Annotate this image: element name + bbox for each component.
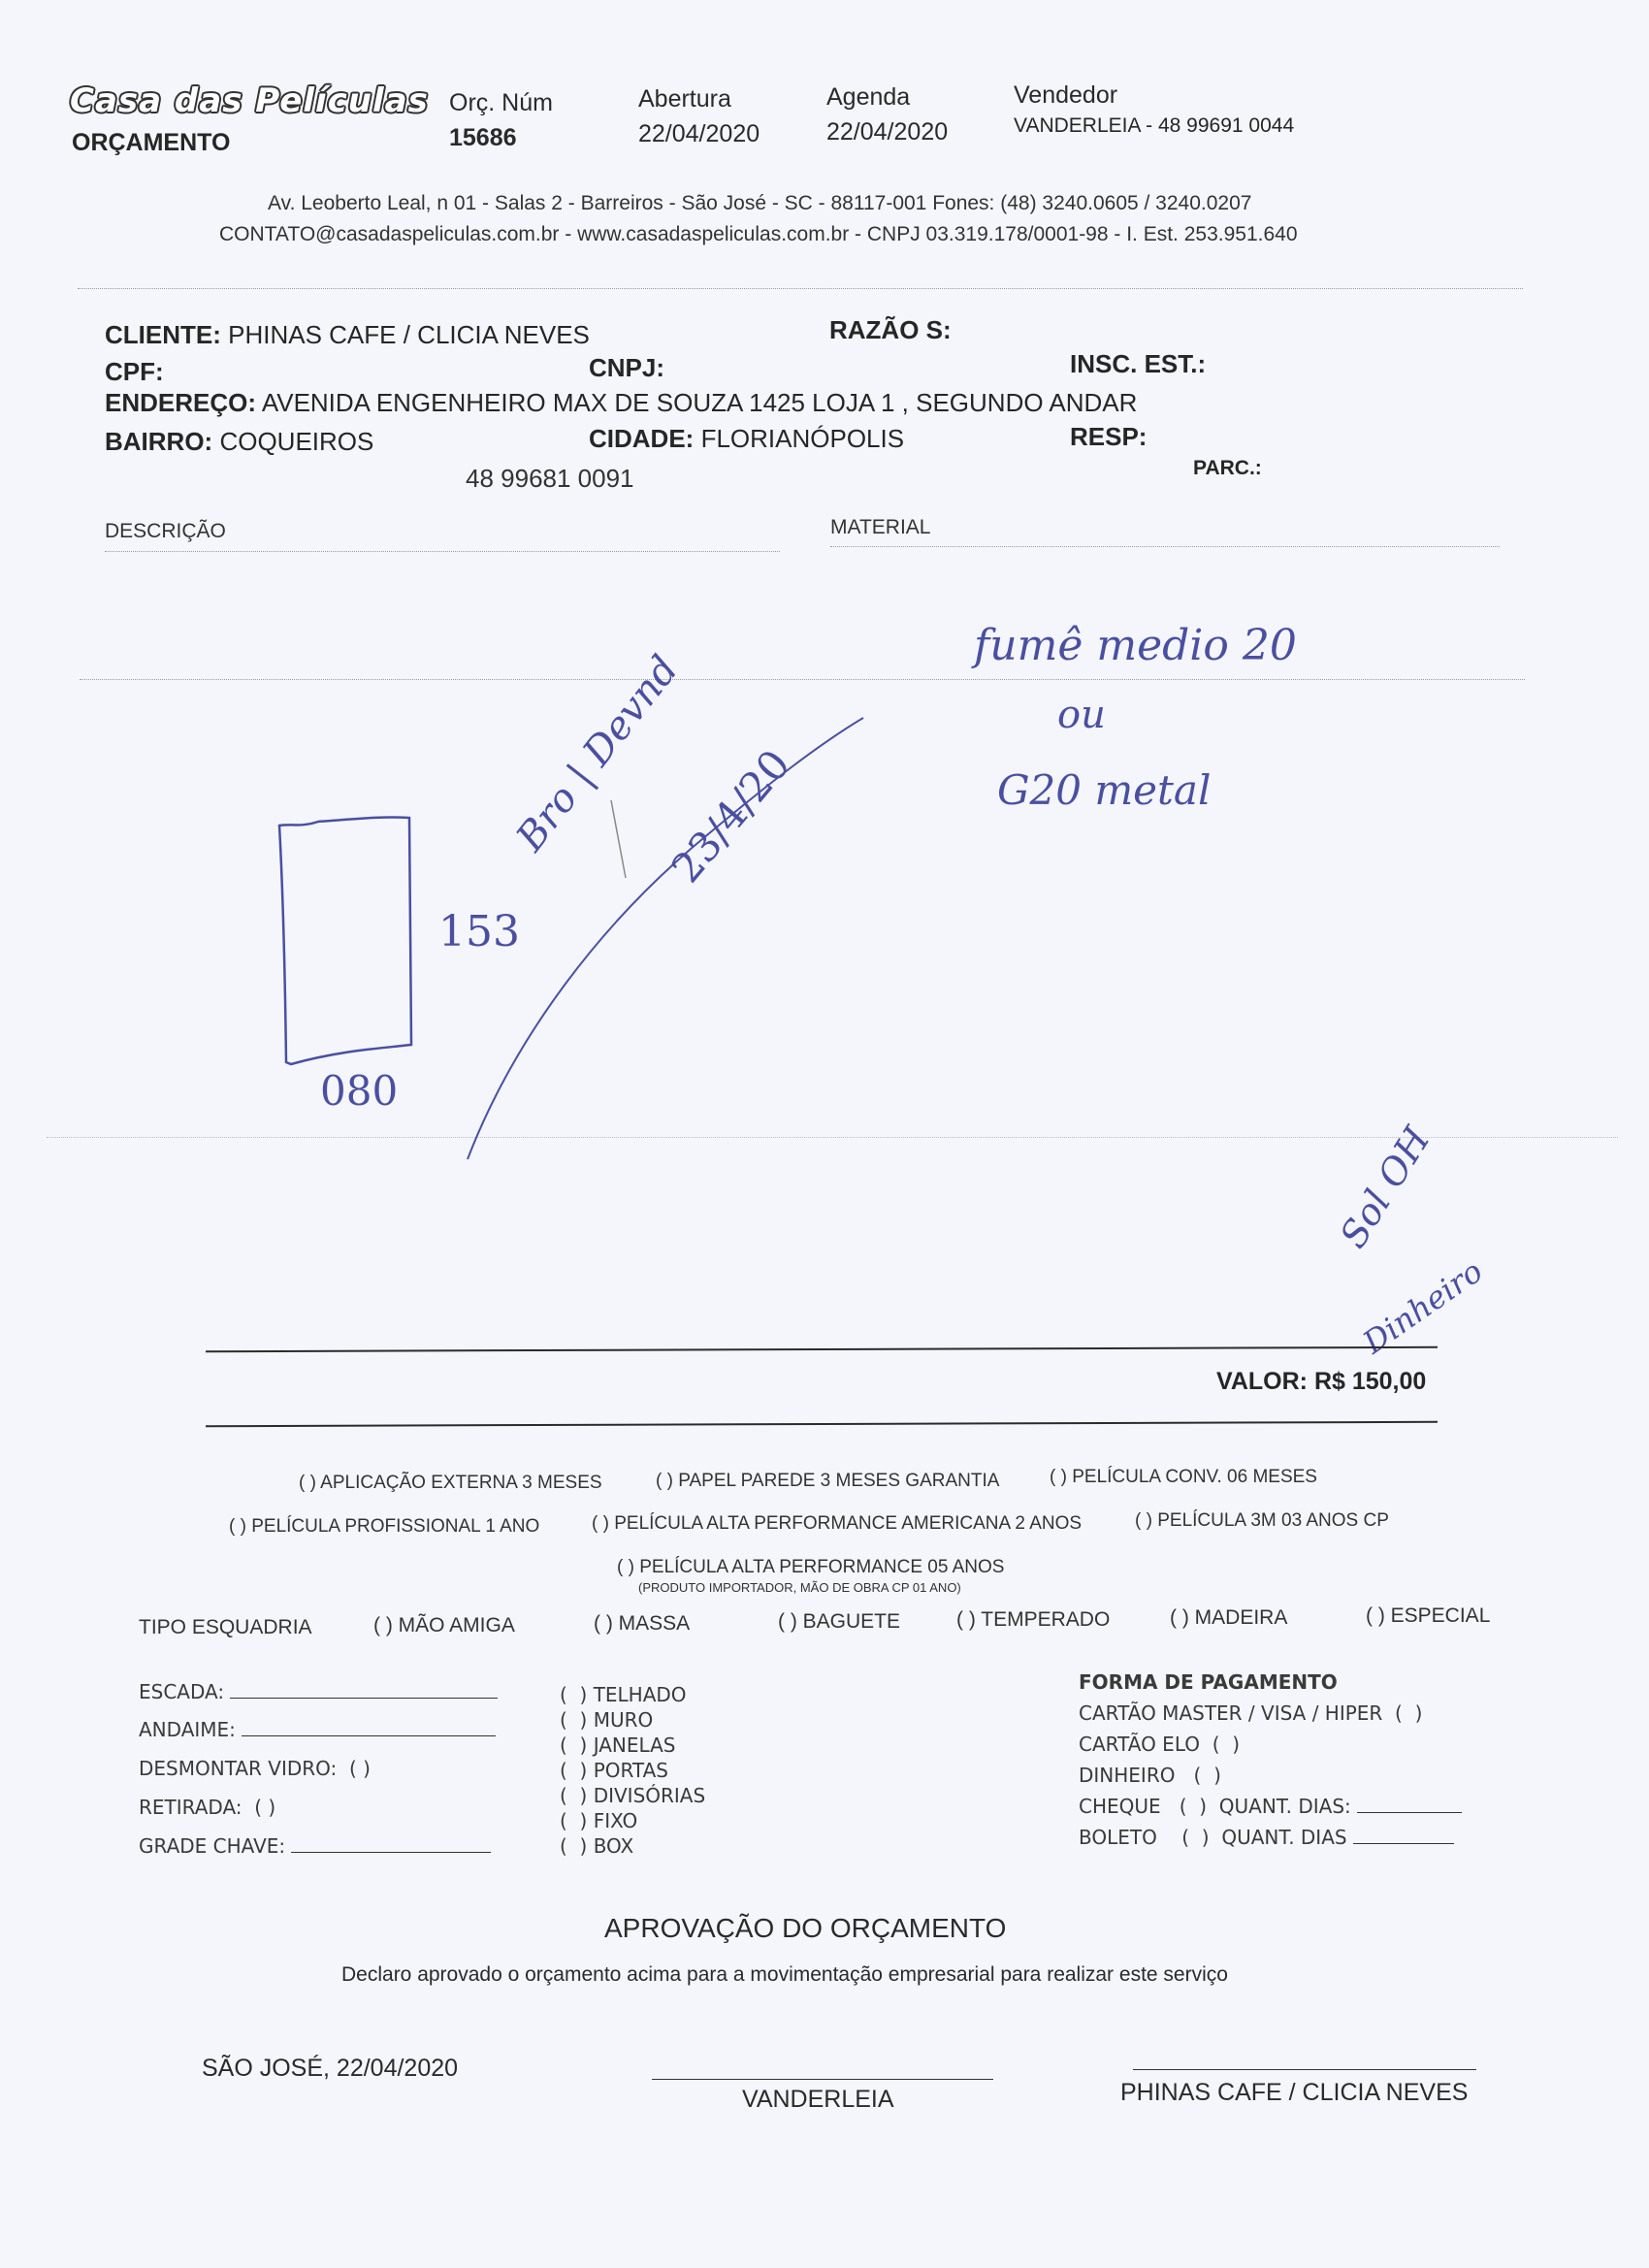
cheque-days-input[interactable] xyxy=(1357,1812,1462,1813)
resp-field: RESP: xyxy=(1070,422,1147,452)
cnpj-label: CNPJ: xyxy=(589,353,664,382)
location-option[interactable]: ( ) PORTAS xyxy=(560,1759,668,1782)
product-option[interactable]: ( ) PELÍCULA CONV. 06 MESES xyxy=(1050,1467,1317,1488)
product-option[interactable]: ( ) PAPEL PAREDE 3 MESES GARANTIA xyxy=(656,1471,999,1492)
razao-label: RAZÃO S: xyxy=(829,315,952,344)
seller-signature-name: VANDERLEIA xyxy=(742,2086,894,2114)
client-name-field: CLIENTE: PHINAS CAFE / CLICIA NEVES xyxy=(105,320,590,350)
handwritten-width: 080 xyxy=(320,1067,398,1115)
client-signature-name: PHINAS CAFE / CLICIA NEVES xyxy=(1120,2079,1468,2107)
cpf-field: CPF: xyxy=(105,357,164,387)
parc-label: PARC.: xyxy=(1193,457,1262,479)
divider xyxy=(78,288,1523,289)
client-signature-line xyxy=(1133,2069,1476,2070)
location-option[interactable]: ( ) TELHADO xyxy=(560,1683,687,1706)
endereco-field: ENDEREÇO: AVENIDA ENGENHEIRO MAX DE SOUZ… xyxy=(105,388,1137,418)
handwritten-material-3: G20 metal xyxy=(997,766,1211,814)
handwritten-material-1: fumê medio 20 xyxy=(974,621,1297,670)
desmontar-vidro-field[interactable]: DESMONTAR VIDRO: ( ) xyxy=(139,1757,371,1780)
product-option[interactable]: ( ) PELÍCULA ALTA PERFORMANCE AMERICANA … xyxy=(592,1513,1082,1535)
divider xyxy=(80,679,1525,680)
payment-elo-option[interactable]: CARTÃO ELO ( ) xyxy=(1079,1733,1240,1756)
escada-input[interactable] xyxy=(230,1698,498,1699)
handwritten-payment-note-1: Sol OH xyxy=(1332,1119,1439,1255)
abertura-date: 22/04/2020 xyxy=(638,120,760,148)
esquadria-label: TIPO ESQUADRIA xyxy=(139,1616,312,1639)
vendedor-value: VANDERLEIA - 48 99691 0044 xyxy=(1014,114,1294,138)
orc-num: 15686 xyxy=(449,124,517,152)
cidade-field: CIDADE: FLORIANÓPOLIS xyxy=(589,424,904,454)
boleto-days-input[interactable] xyxy=(1353,1843,1454,1844)
agenda-label: Agenda xyxy=(826,83,910,112)
parc-field: PARC.: xyxy=(1193,457,1262,480)
descricao-underline xyxy=(105,551,780,552)
andaime-field[interactable]: ANDAIME: xyxy=(139,1718,496,1741)
location-option[interactable]: ( ) JANELAS xyxy=(560,1733,676,1757)
esquadria-option[interactable]: ( ) ESPECIAL xyxy=(1366,1604,1490,1628)
cidade-label: CIDADE: xyxy=(589,424,694,453)
location-option[interactable]: ( ) FIXO xyxy=(560,1809,637,1832)
valor-field: VALOR: R$ 150,00 xyxy=(1216,1368,1426,1396)
payment-card-option[interactable]: CARTÃO MASTER / VISA / HIPER ( ) xyxy=(1079,1701,1422,1725)
company-contact: CONTATO@casadaspeliculas.com.br - www.ca… xyxy=(219,223,1298,246)
endereco-label: ENDEREÇO: xyxy=(105,388,256,417)
grade-chave-input[interactable] xyxy=(291,1852,491,1853)
client-name: PHINAS CAFE / CLICIA NEVES xyxy=(228,320,590,349)
payment-cheque-option[interactable]: CHEQUE ( ) QUANT. DIAS: xyxy=(1079,1795,1462,1818)
client-label: CLIENTE: xyxy=(105,320,221,349)
window-sketch-icon xyxy=(272,810,436,1062)
cidade-value: FLORIANÓPOLIS xyxy=(701,424,905,453)
approval-title: APROVAÇÃO DO ORÇAMENTO xyxy=(604,1913,1006,1944)
vendedor-label: Vendedor xyxy=(1014,81,1117,110)
location-option[interactable]: ( ) MURO xyxy=(560,1708,653,1732)
location-option[interactable]: ( ) DIVISÓRIAS xyxy=(560,1784,705,1807)
escada-field[interactable]: ESCADA: xyxy=(139,1680,498,1703)
razao-field: RAZÃO S: xyxy=(829,315,952,345)
esquadria-option[interactable]: ( ) MADEIRA xyxy=(1170,1606,1287,1630)
esquadria-option[interactable]: ( ) MÃO AMIGA xyxy=(373,1614,515,1637)
product-option[interactable]: ( ) PELÍCULA PROFISSIONAL 1 ANO xyxy=(229,1516,539,1538)
document-type: ORÇAMENTO xyxy=(72,129,230,157)
insc-est-label: INSC. EST.: xyxy=(1070,349,1206,378)
resp-label: RESP: xyxy=(1070,422,1147,451)
handwritten-payment-note-2: Dinheiro xyxy=(1356,1252,1489,1361)
client-phone: 48 99681 0091 xyxy=(466,464,634,494)
valor-bottom-rule xyxy=(206,1421,1438,1427)
descricao-header: DESCRIÇÃO xyxy=(105,520,226,543)
seller-signature-line xyxy=(652,2079,993,2080)
retirada-field[interactable]: RETIRADA: ( ) xyxy=(139,1796,275,1819)
payment-cash-option[interactable]: DINHEIRO ( ) xyxy=(1079,1764,1221,1787)
cpf-label: CPF: xyxy=(105,357,164,386)
product-option-note: (PRODUTO IMPORTADOR, MÃO DE OBRA CP 01 A… xyxy=(638,1580,961,1595)
bairro-value: COQUEIROS xyxy=(219,427,373,456)
valor-label: VALOR: xyxy=(1216,1368,1308,1395)
place-date: SÃO JOSÉ, 22/04/2020 xyxy=(202,2055,458,2083)
abertura-label: Abertura xyxy=(638,85,731,113)
grade-chave-field[interactable]: GRADE CHAVE: xyxy=(139,1834,491,1858)
valor-top-rule xyxy=(206,1346,1438,1352)
andaime-input[interactable] xyxy=(242,1735,496,1736)
bairro-field: BAIRRO: COQUEIROS xyxy=(105,427,373,457)
product-option[interactable]: ( ) PELÍCULA 3M 03 ANOS CP xyxy=(1135,1510,1389,1532)
esquadria-option[interactable]: ( ) TEMPERADO xyxy=(956,1608,1110,1632)
payment-title: FORMA DE PAGAMENTO xyxy=(1079,1670,1338,1694)
location-option[interactable]: ( ) BOX xyxy=(560,1834,633,1858)
esquadria-option[interactable]: ( ) MASSA xyxy=(594,1612,690,1636)
handwritten-diagonal-line xyxy=(446,718,873,1164)
insc-est-field: INSC. EST.: xyxy=(1070,349,1206,379)
endereco-value: AVENIDA ENGENHEIRO MAX DE SOUZA 1425 LOJ… xyxy=(262,388,1138,417)
bairro-label: BAIRRO: xyxy=(105,427,212,456)
product-option[interactable]: ( ) PELÍCULA ALTA PERFORMANCE 05 ANOS xyxy=(617,1557,1004,1578)
product-option[interactable]: ( ) APLICAÇÃO EXTERNA 3 MESES xyxy=(299,1473,602,1494)
material-underline xyxy=(830,546,1500,547)
orc-num-label: Orç. Núm xyxy=(449,89,553,117)
agenda-date: 22/04/2020 xyxy=(826,118,948,146)
cnpj-field: CNPJ: xyxy=(589,353,664,383)
approval-statement: Declaro aprovado o orçamento acima para … xyxy=(341,1963,1228,1987)
material-header: MATERIAL xyxy=(830,516,930,539)
valor-amount: R$ 150,00 xyxy=(1314,1368,1426,1395)
payment-boleto-option[interactable]: BOLETO ( ) QUANT. DIAS xyxy=(1079,1826,1454,1849)
company-logo: Casa das Películas xyxy=(70,81,429,120)
handwritten-material-2: ou xyxy=(1057,693,1106,737)
company-address: Av. Leoberto Leal, n 01 - Salas 2 - Barr… xyxy=(268,192,1251,215)
esquadria-option[interactable]: ( ) BAGUETE xyxy=(778,1610,900,1634)
